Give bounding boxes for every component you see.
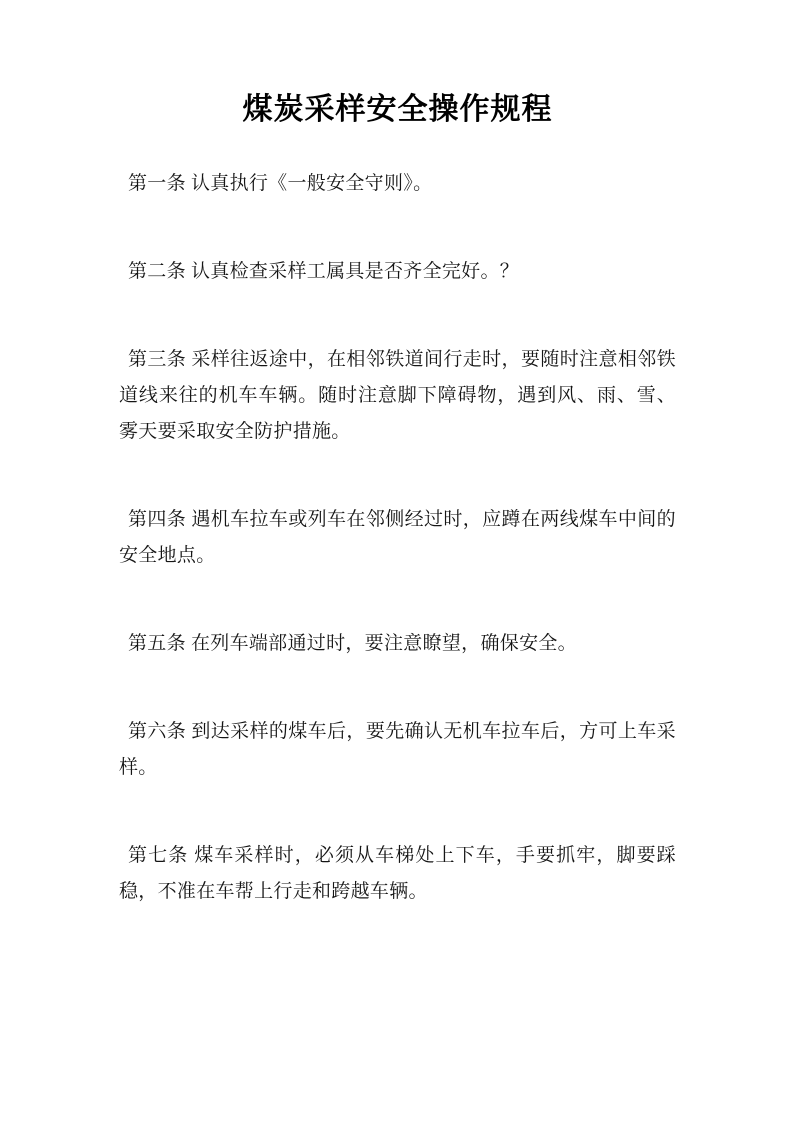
article-3-number: 第三条 <box>128 349 186 370</box>
article-6-number: 第六条 <box>128 721 186 742</box>
article-2: 第二条 认真检查采样工属具是否齐全完好。？ <box>119 254 676 290</box>
document-title: 煤炭采样安全操作规程 <box>119 90 676 130</box>
article-3-text: 采样往返途中，在相邻铁道间行走时，要随时注意相邻铁道线来往的机车车辆。随时注意脚… <box>119 349 676 442</box>
article-2-text: 认真检查采样工属具是否齐全完好。？ <box>191 261 519 282</box>
article-1: 第一条 认真执行《一般安全守则》。 <box>119 166 676 202</box>
article-7: 第七条 煤车采样时，必须从车梯处上下车，手要抓牢，脚要踩稳，不准在车帮上行走和跨… <box>119 838 676 910</box>
article-2-number: 第二条 <box>128 261 186 282</box>
article-5: 第五条 在列车端部通过时，要注意瞭望，确保安全。 <box>119 626 676 662</box>
article-3: 第三条 采样往返途中，在相邻铁道间行走时，要随时注意相邻铁道线来往的机车车辆。随… <box>119 342 676 450</box>
article-5-number: 第五条 <box>128 633 186 654</box>
document-content: 煤炭采样安全操作规程 第一条 认真执行《一般安全守则》。 第二条 认真检查采样工… <box>119 90 676 910</box>
article-4-text: 遇机车拉车或列车在邻侧经过时，应蹲在两线煤车中间的安全地点。 <box>119 509 676 566</box>
article-1-number: 第一条 <box>128 173 186 194</box>
article-7-text: 煤车采样时，必须从车梯处上下车，手要抓牢，脚要踩稳，不准在车帮上行走和跨越车辆。 <box>119 845 676 902</box>
article-7-number: 第七条 <box>128 845 188 866</box>
article-4-number: 第四条 <box>128 509 186 530</box>
article-5-text: 在列车端部通过时，要注意瞭望，确保安全。 <box>191 633 577 654</box>
article-1-text: 认真执行《一般安全守则》。 <box>191 173 432 194</box>
article-6: 第六条 到达采样的煤车后，要先确认无机车拉车后，方可上车采样。 <box>119 714 676 786</box>
article-4: 第四条 遇机车拉车或列车在邻侧经过时，应蹲在两线煤车中间的安全地点。 <box>119 502 676 574</box>
document-page: 煤炭采样安全操作规程 第一条 认真执行《一般安全守则》。 第二条 认真检查采样工… <box>0 0 793 1122</box>
article-6-text: 到达采样的煤车后，要先确认无机车拉车后，方可上车采样。 <box>119 721 676 778</box>
